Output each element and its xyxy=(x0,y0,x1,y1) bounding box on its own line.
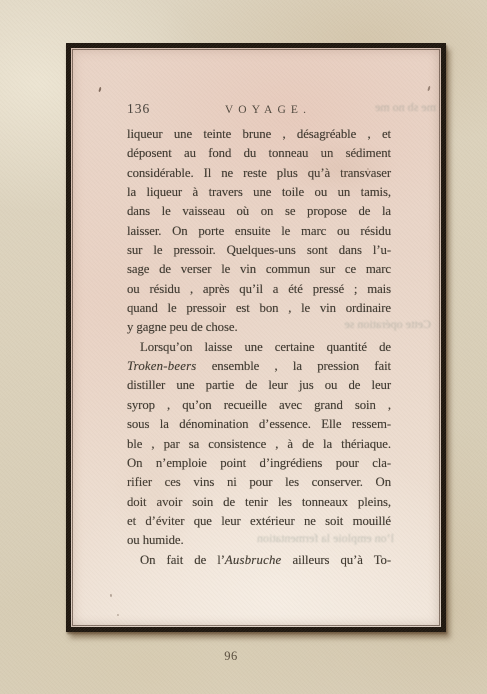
running-title: VOYAGE. xyxy=(225,105,311,117)
text-line: On fait de l’Ausbruche ailleurs qu’à To- xyxy=(127,551,391,570)
text-line: ou humide. xyxy=(127,531,391,550)
text-line: la liqueur à travers une toile ou un tam… xyxy=(127,183,391,202)
header-page-number: 136 xyxy=(127,102,150,116)
text-line: laisser. On porte ensuite le marc ou rés… xyxy=(127,222,391,241)
book-frame: me sb no me Cette opération se l’on empl… xyxy=(66,43,446,632)
footer-sheet-number: 96 xyxy=(224,649,238,664)
text-line: distiller une partie de leur jus ou de l… xyxy=(127,376,391,395)
text-line: y gagne peu de chose. xyxy=(127,318,391,337)
paper-speck xyxy=(110,594,112,597)
text-line: On n’emploie point d’ingrédiens pour cla… xyxy=(127,454,391,473)
text-line: liqueur une teinte brune , désagréable ,… xyxy=(127,125,391,144)
paper-speck xyxy=(98,87,101,92)
text-line: rifier ces vins ni pour les conserver. O… xyxy=(127,473,391,492)
text-block: liqueur une teinte brune , désagréable ,… xyxy=(127,125,391,570)
text-line: sage de verser le vin commun sur ce marc xyxy=(127,260,391,279)
text-line: Lorsqu’on laisse une certaine quantité d… xyxy=(127,338,391,357)
book-page: me sb no me Cette opération se l’on empl… xyxy=(71,48,441,627)
text-line: dans le vaisseau où on se propose de la xyxy=(127,202,391,221)
text-line: déposent au fond du tonneau un sédiment xyxy=(127,144,391,163)
paper-speck xyxy=(427,86,431,91)
text-line: ou résidu , après qu’il a été pressé ; m… xyxy=(127,280,391,299)
text-line: doit avoir soin de tenir les tonneaux pl… xyxy=(127,493,391,512)
text-line: sous la dénomination d’essence. Elle res… xyxy=(127,415,391,434)
bleedthrough-text: me sb no me xyxy=(321,100,436,115)
text-line: et d’éviter que leur extérieur ne soit m… xyxy=(127,512,391,531)
scanned-book-photo: { "scan": { "running_header": { "page_nu… xyxy=(0,0,487,694)
paper-speck xyxy=(117,614,119,616)
text-line: sur le pressoir. Quelques-uns sont dans … xyxy=(127,241,391,260)
text-line: Troken-beers ensemble , la pression fait xyxy=(127,357,391,376)
text-line: ble , par sa consistence , à de la théri… xyxy=(127,435,391,454)
text-line: quand le pressoir est bon , le vin ordin… xyxy=(127,299,391,318)
text-line: considérable. Il ne reste plus qu’à tran… xyxy=(127,164,391,183)
text-line: syrop , qu’on recueille avec grand soin … xyxy=(127,396,391,415)
